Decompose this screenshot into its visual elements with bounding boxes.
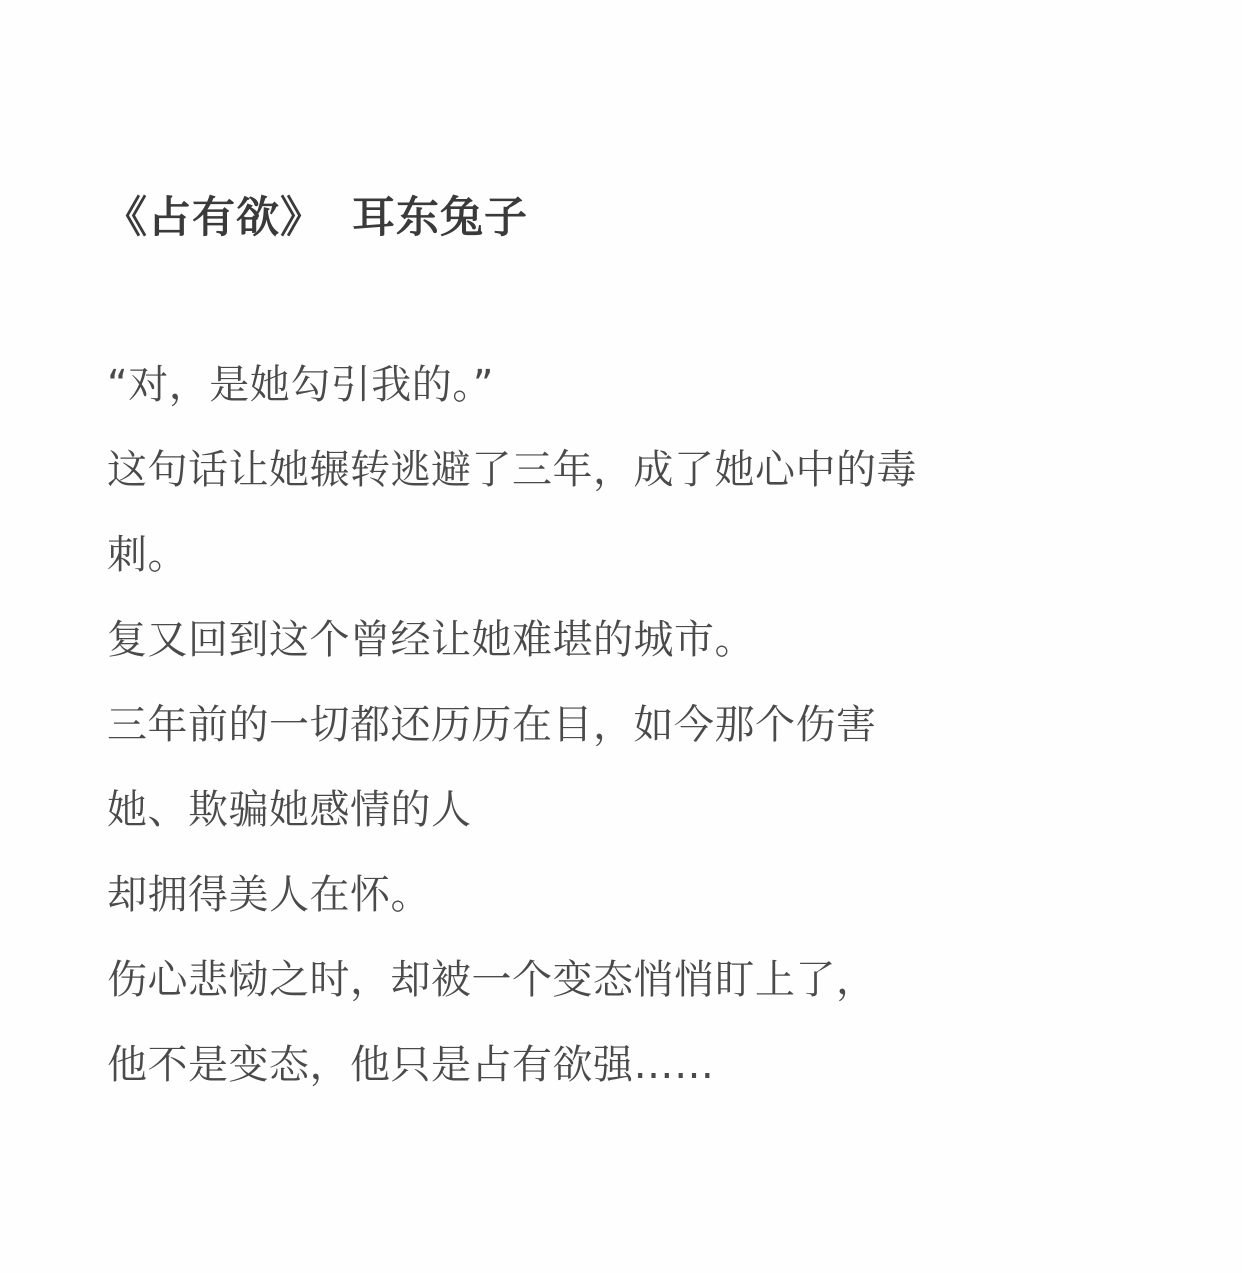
excerpt-line: 三年前的一切都还历历在目，如今那个伤害 (107, 683, 1127, 768)
excerpt-body: “对，是她勾引我的。” 这句话让她辗转逃避了三年，成了她心中的毒 刺。 复又回到… (107, 343, 1127, 1108)
excerpt-line: 刺。 (107, 513, 1127, 598)
book-heading: 《占有欲》耳东兔子 (104, 188, 528, 248)
excerpt-line: 他不是变态，他只是占有欲强…… (107, 1023, 1127, 1108)
excerpt-line: 伤心悲恸之时，却被一个变态悄悄盯上了， (107, 938, 1127, 1023)
author-name: 耳东兔子 (352, 193, 528, 243)
excerpt-line: 她、欺骗她感情的人 (107, 768, 1127, 853)
excerpt-line: “对，是她勾引我的。” (107, 343, 1127, 428)
excerpt-card: 《占有欲》耳东兔子 “对，是她勾引我的。” 这句话让她辗转逃避了三年，成了她心中… (0, 0, 1242, 1273)
excerpt-line: 却拥得美人在怀。 (107, 853, 1127, 938)
excerpt-line: 这句话让她辗转逃避了三年，成了她心中的毒 (107, 428, 1127, 513)
excerpt-line: 复又回到这个曾经让她难堪的城市。 (107, 598, 1127, 683)
book-title: 《占有欲》 (104, 193, 324, 243)
